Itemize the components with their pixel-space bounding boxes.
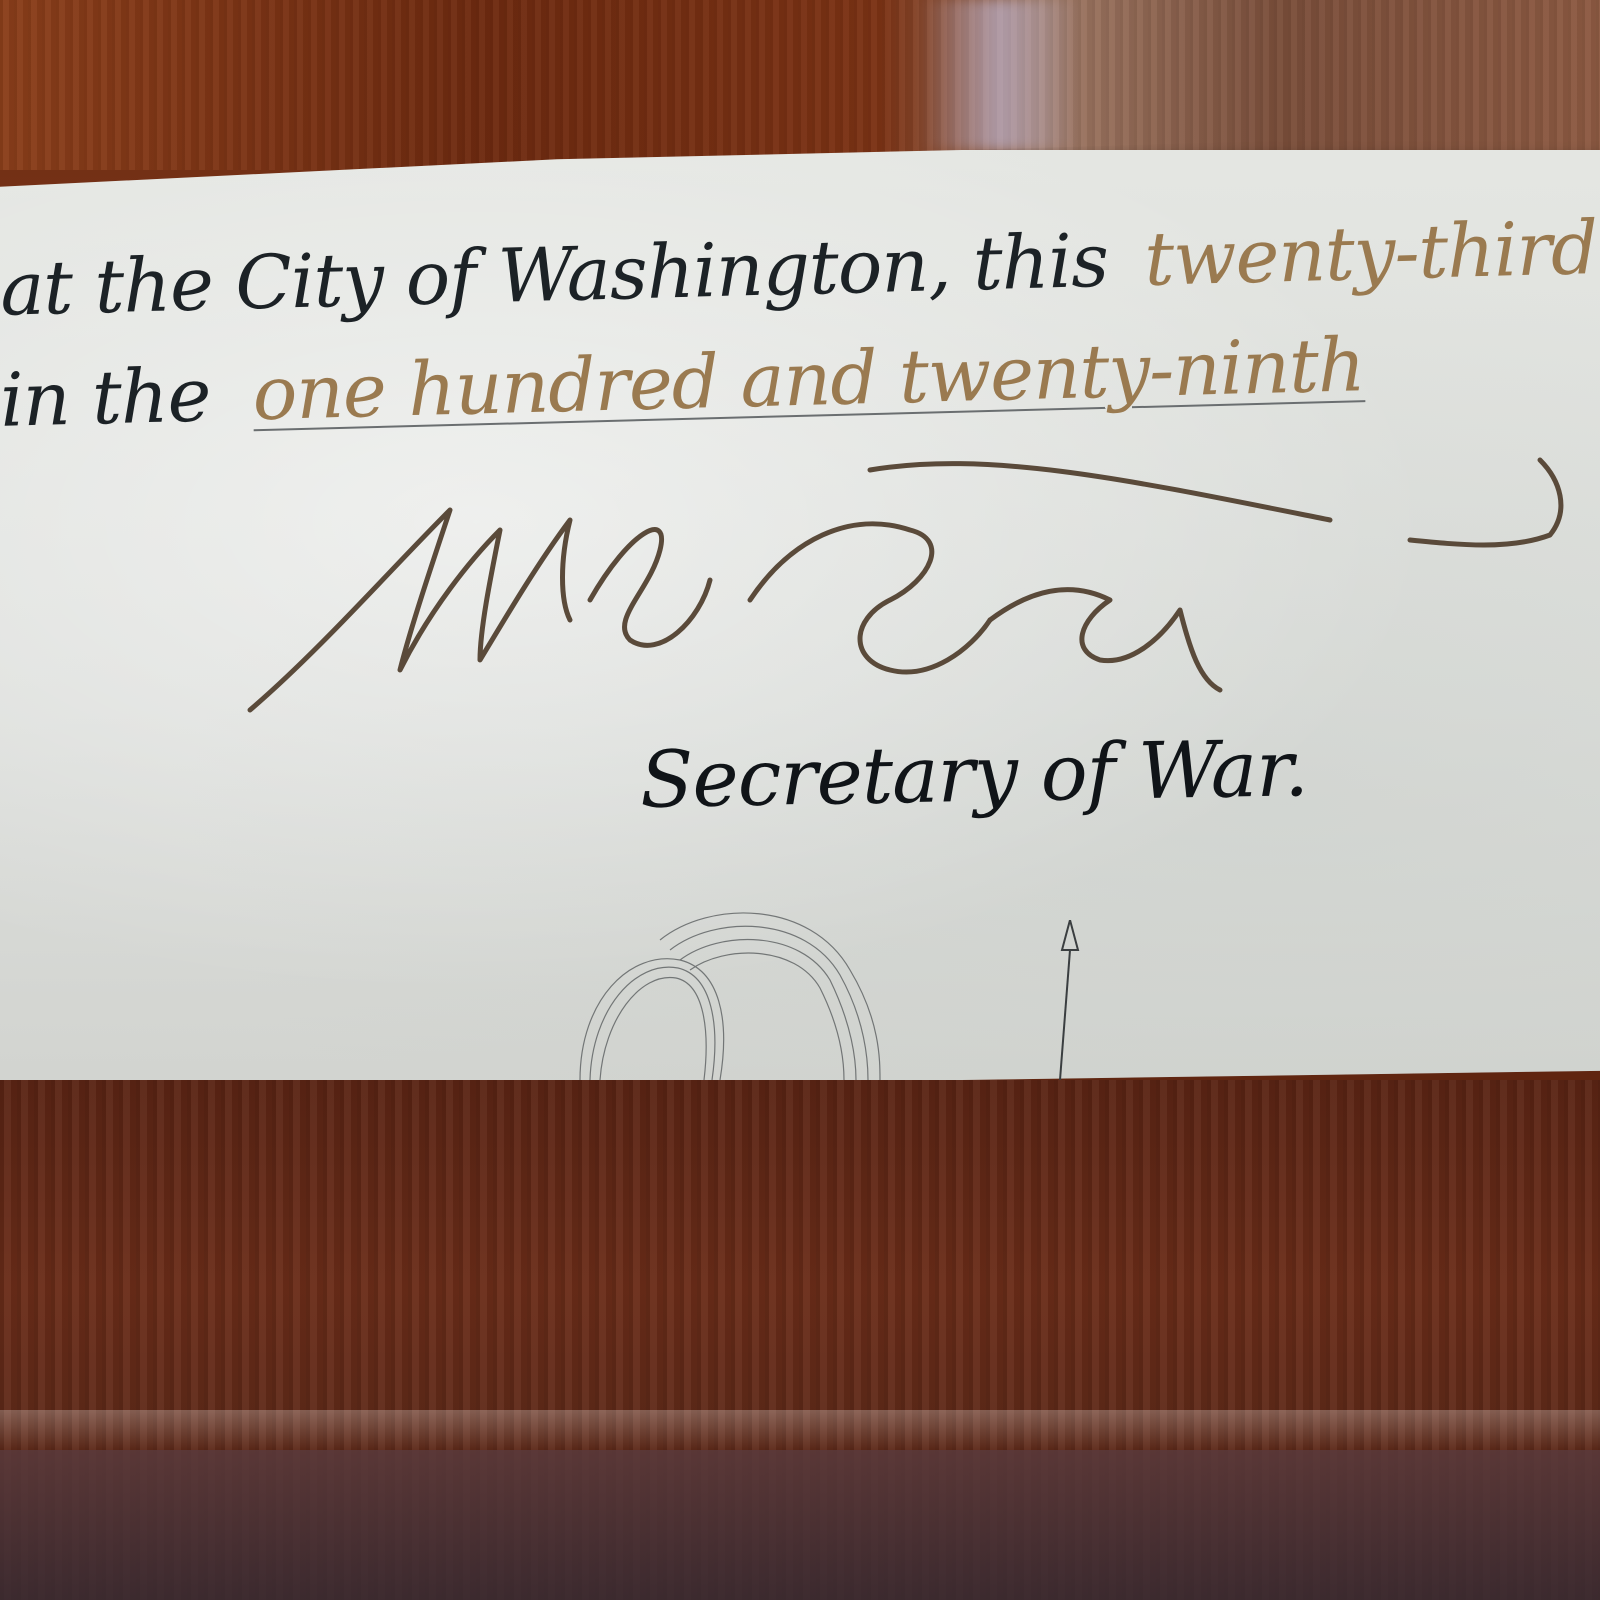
sleeve-glare (920, 0, 1080, 150)
printed-title: Secretary of War. (639, 724, 1308, 826)
handwritten-fill-in: twenty-third d (1143, 203, 1600, 303)
plastic-sleeve-edge (0, 1410, 1600, 1450)
printed-text: in the (0, 352, 211, 443)
signature-mark (230, 450, 1600, 730)
engraved-spear (1040, 920, 1100, 1080)
engraved-illustration (520, 860, 920, 1080)
plastic-sleeve-bottom (0, 1450, 1600, 1600)
wood-surface-top (0, 0, 1600, 170)
